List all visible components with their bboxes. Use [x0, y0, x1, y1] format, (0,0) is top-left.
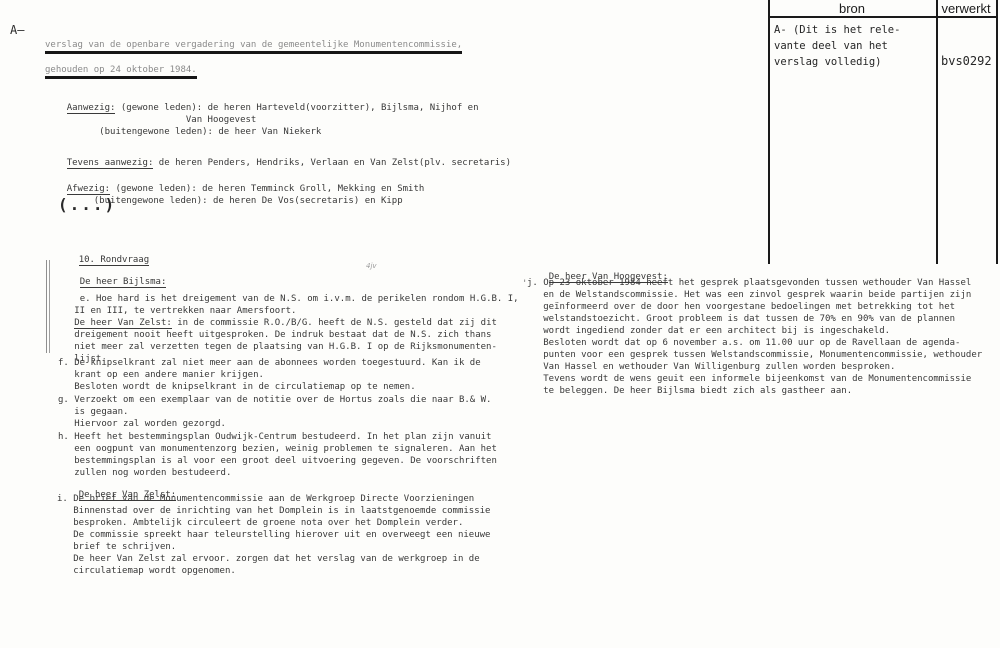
table-right-border: [996, 0, 998, 264]
document-page: A— verslag van de openbare vergadering v…: [0, 0, 1000, 648]
table-column-divider: [936, 0, 938, 264]
table-header-rule: [768, 16, 998, 18]
verwerkt-header: verwerkt: [936, 1, 996, 16]
attendance-present: Aanwezig: (gewone leden): de heren Harte…: [45, 90, 479, 150]
attendance-also-present-text: de heren Penders, Hendriks, Verlaan en V…: [153, 158, 511, 168]
registration-table: bron verwerkt A- (Dit is het rele- vante…: [768, 0, 998, 264]
item-j: j. Op 23 oktober 1984 heeft het gesprek …: [527, 277, 982, 397]
attendance-present-label: Aanwezig:: [67, 103, 116, 114]
item-i: i. De brief van de Monumentencommissie a…: [57, 493, 490, 577]
bron-value: A- (Dit is het rele- vante deel van het …: [774, 22, 900, 70]
item-e-speaker-label: De heer Van Zelst:: [74, 318, 172, 329]
report-title: verslag van de openbare vergadering van …: [45, 32, 462, 82]
report-title-line1: verslag van de openbare vergadering van …: [45, 40, 462, 54]
table-left-border: [768, 0, 770, 264]
margin-mark: [46, 260, 50, 353]
verwerkt-value: bvs0292: [941, 53, 992, 69]
item-h: h. Heeft het bestemmingsplan Oudwijk-Cen…: [58, 431, 497, 479]
omission-mark: (...): [58, 195, 116, 214]
item-g: g. Verzoekt om een exemplaar van de noti…: [58, 394, 491, 430]
margin-label: A—: [10, 24, 24, 36]
item-f: f. De knipselkrant zal niet meer aan de …: [58, 357, 481, 393]
stray-annotation: 4jv: [366, 262, 377, 270]
bron-header: bron: [768, 1, 936, 16]
report-title-line2: gehouden op 24 oktober 1984.: [45, 65, 197, 79]
attendance-absent-label: Afwezig:: [67, 184, 110, 195]
attendance-also-present-label: Tevens aanwezig:: [67, 158, 154, 169]
